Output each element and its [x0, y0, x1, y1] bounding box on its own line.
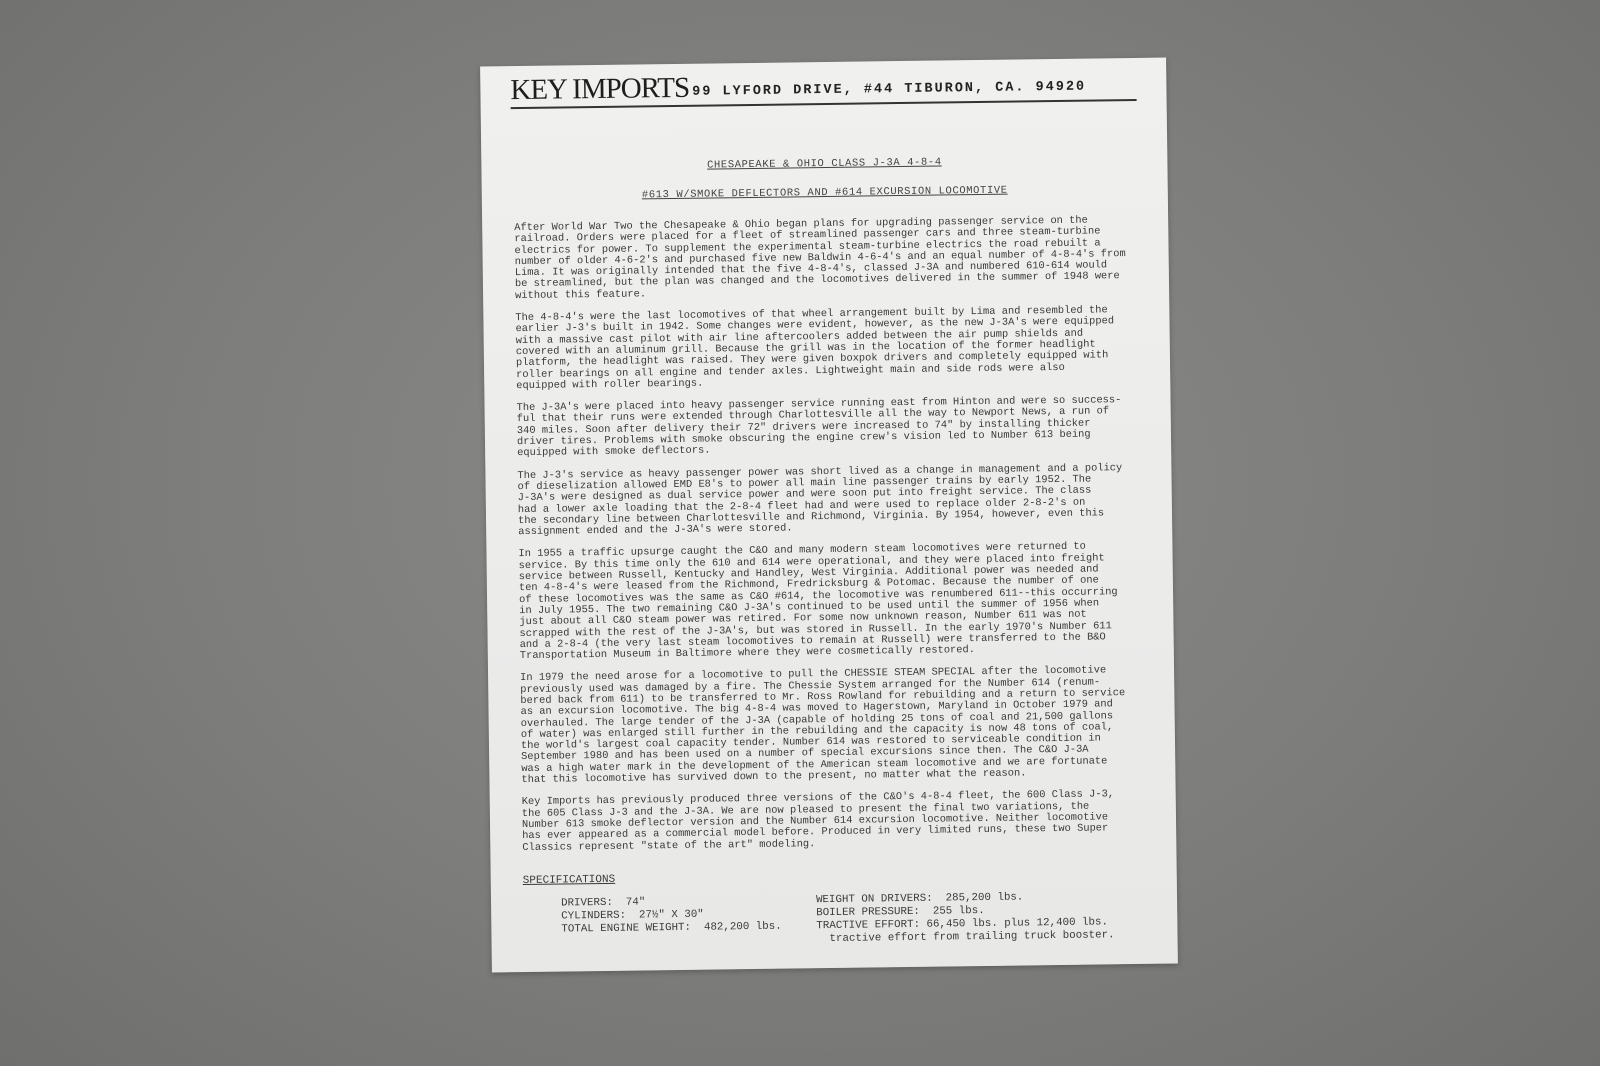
paragraph: In 1979 the need arose for a locomotive …: [520, 665, 1143, 786]
specifications-right-column: WEIGHT ON DRIVERS: 285,200 lbs. BOILER P…: [816, 890, 1115, 946]
company-address: 99 LYFORD DRIVE, #44 TIBURON, CA. 94920: [692, 80, 1086, 100]
letterhead: KEY IMPORTS 99 LYFORD DRIVE, #44 TIBURON…: [510, 68, 1136, 109]
document-titles: CHESAPEAKE & OHIO CLASS J-3A 4-8-4 #613 …: [513, 149, 1136, 215]
specifications-heading: SPECIFICATIONS: [523, 874, 616, 887]
paragraph: Key Imports has previously produced thre…: [522, 789, 1145, 854]
brand-logo: KEY IMPORTS: [510, 74, 689, 105]
paragraph: In 1955 a traffic upsurge caught the C&O…: [518, 541, 1141, 662]
specifications-left-column: DRIVERS: 74" CYLINDERS: 27½" X 30" TOTAL…: [561, 894, 817, 949]
specifications-table: DRIVERS: 74" CYLINDERS: 27½" X 30" TOTAL…: [523, 890, 1146, 950]
paragraph: The J-3's service as heavy passenger pow…: [517, 463, 1140, 539]
body-text: After World War Two the Chesapeake & Ohi…: [514, 215, 1144, 854]
paragraph: The 4-8-4's were the last locomotives of…: [515, 305, 1138, 392]
paragraph: The J-3A's were placed into heavy passen…: [517, 395, 1140, 460]
document-title: CHESAPEAKE & OHIO CLASS J-3A 4-8-4: [707, 156, 942, 171]
document-subtitle: #613 W/SMOKE DEFLECTORS AND #614 EXCURSI…: [642, 185, 1008, 202]
paragraph: After World War Two the Chesapeake & Ohi…: [514, 215, 1137, 302]
document-sheet: KEY IMPORTS 99 LYFORD DRIVE, #44 TIBURON…: [480, 58, 1178, 973]
